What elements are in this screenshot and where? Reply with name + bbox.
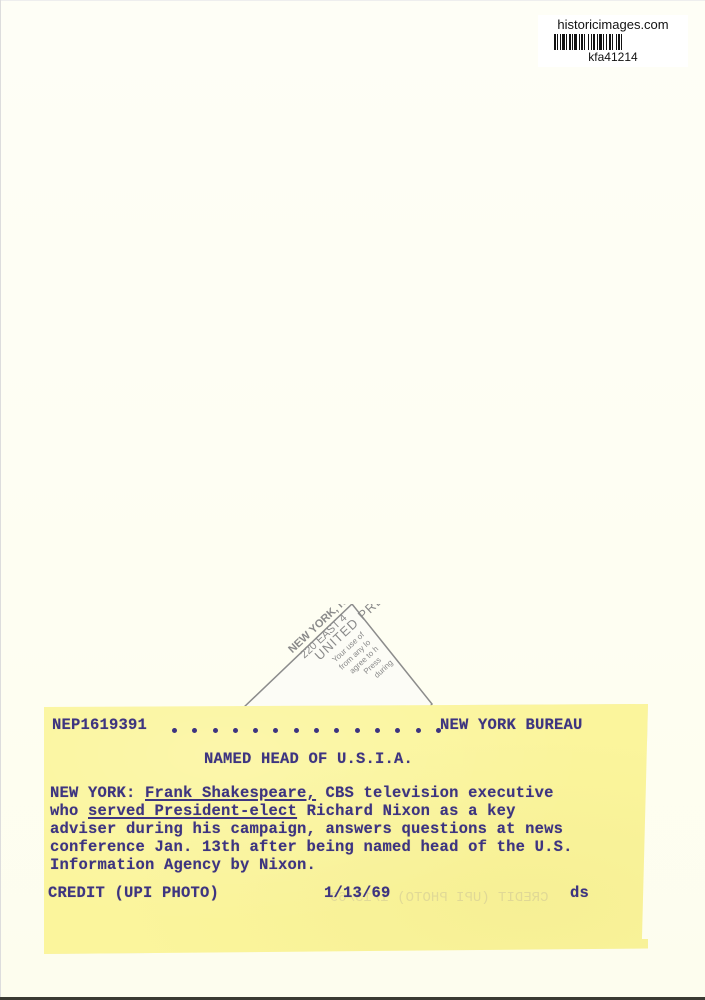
watermark-site: historicimages.com — [538, 17, 688, 33]
leader-dot — [375, 728, 380, 733]
bureau: NEW YORK BUREAU — [440, 716, 583, 734]
leader-dot — [355, 728, 360, 733]
body-line: adviser during his campaign, answers que… — [50, 820, 563, 838]
headline: NAMED HEAD OF U.S.I.A. — [204, 750, 413, 768]
watermark-label: historicimages.com kfa41214 — [538, 15, 688, 67]
leader-dot — [294, 728, 299, 733]
body-line: Information Agency by Nixon. — [50, 856, 316, 874]
leader-dot — [416, 728, 421, 733]
leader-dot — [253, 728, 258, 733]
body-line: NEW YORK: Frank Shakespeare, CBS televis… — [50, 784, 554, 802]
leader-dot — [273, 728, 278, 733]
date: 1/13/69 — [324, 884, 391, 902]
photo-number: NEP1619391 — [52, 716, 147, 734]
body-line: conference Jan. 13th after being named h… — [50, 838, 573, 856]
body-line: who served President-elect Richard Nixon… — [50, 802, 516, 820]
leader-dot — [334, 728, 339, 733]
leader-dot — [233, 728, 238, 733]
credit: CREDIT (UPI PHOTO) — [48, 884, 219, 902]
initials: ds — [570, 884, 589, 902]
leader-dot — [314, 728, 319, 733]
barcode-icon — [554, 34, 672, 50]
leader-dots — [172, 722, 456, 733]
leader-dot — [395, 728, 400, 733]
leader-dot — [192, 728, 197, 733]
watermark-id: kfa41214 — [538, 50, 688, 64]
leader-dot — [213, 728, 218, 733]
leader-dot — [172, 728, 177, 733]
